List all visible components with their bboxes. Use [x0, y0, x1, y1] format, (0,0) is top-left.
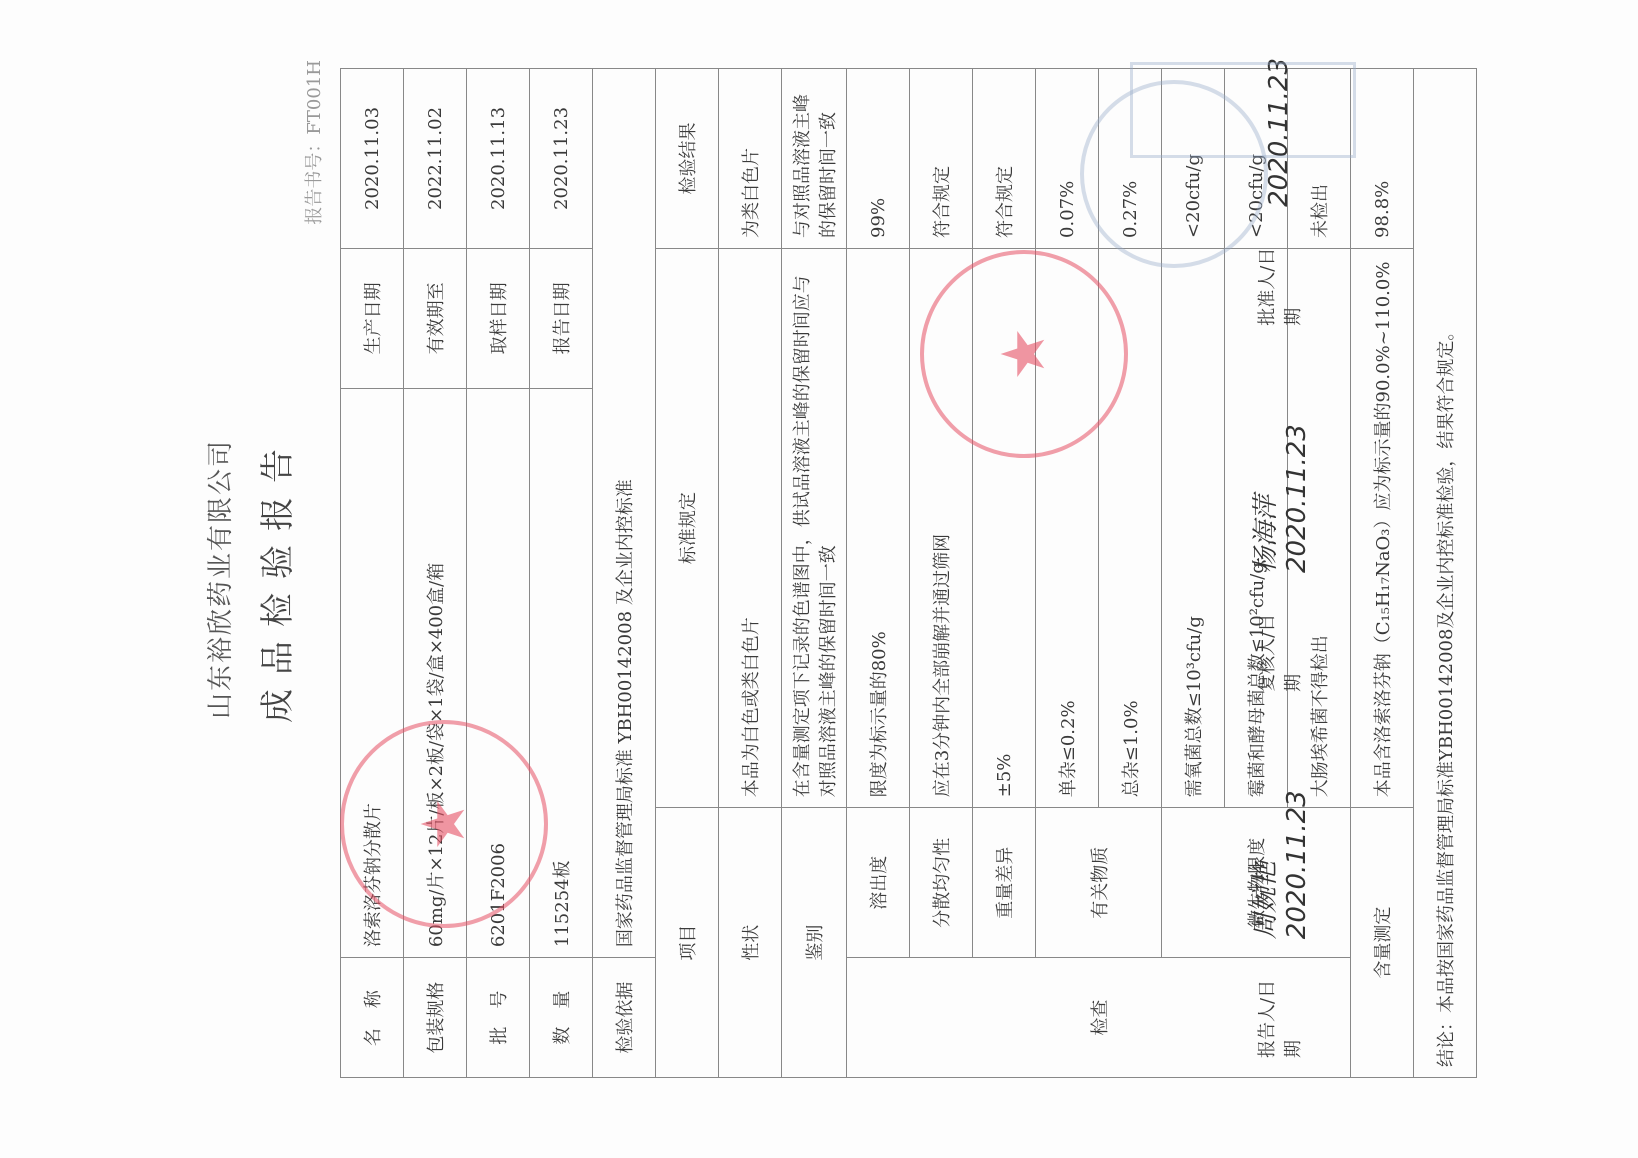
label-qty: 数 量 [530, 958, 593, 1078]
reviewer-signature: 杨海萍 2020.11.23 [1245, 356, 1312, 573]
row-basis: 检验依据 国家药品监督管理局标准 YBH00142008 及企业内控标准 [593, 69, 656, 1078]
table-row: 鉴别 在含量测定项下记录的色谱图中，供试品溶液主峰的保留时间应与对照品溶液主峰的… [782, 69, 847, 1078]
label-sample-date: 取样日期 [467, 248, 530, 388]
table-row: 检查 溶出度 限度为标示量的80% 99% [847, 69, 910, 1078]
row-name: 名 称 洛索洛芬钠分散片 生产日期 2020.11.03 [341, 69, 404, 1078]
table-row: 有关物质 单杂≤0.2% 0.07% [1036, 69, 1099, 1078]
label-name: 名 称 [341, 958, 404, 1078]
label-report-date: 报告日期 [530, 248, 593, 388]
label-pack: 包装规格 [404, 958, 467, 1078]
approver-label: 批准人/日期 [1253, 237, 1305, 326]
company-name: 山东裕欣药业有限公司 [200, 0, 237, 1158]
value-sample-date: 2020.11.13 [467, 69, 530, 249]
header-standard: 标准规定 [656, 248, 719, 807]
table-header-row: 项目 标准规定 检验结果 [656, 69, 719, 1078]
table-row: 分散均匀性 应在3分钟内全部崩解并通过筛网 符合规定 [910, 69, 973, 1078]
conclusion-row: 结论：本品按国家药品监督管理局标准YBH00142008及企业内控标准检验，结果… [1414, 69, 1477, 1078]
table-row: 重量差异 ±5% 符合规定 [973, 69, 1036, 1078]
faint-box-stamp-icon [1130, 62, 1356, 158]
label-batch: 批 号 [467, 958, 530, 1078]
reporter-signature: 周婉艳 2020.11.23 [1245, 722, 1312, 939]
table-row: 性状 本品为白色或类白色片 为类白色片 [719, 69, 782, 1078]
header-item: 项目 [656, 808, 719, 1078]
conclusion: 结论：本品按国家药品监督管理局标准YBH00142008及企业内控标准检验，结果… [1414, 69, 1477, 1078]
label-basis: 检验依据 [593, 958, 656, 1078]
value-expiry: 2022.11.02 [404, 69, 467, 249]
value-qty: 115254板 [530, 388, 593, 957]
reviewer-label: 复核人/日期 [1253, 603, 1305, 692]
value-prod-date: 2020.11.03 [341, 69, 404, 249]
inspection-report-page: 山东裕欣药业有限公司 成品检验报告 报告书号：FT001H 名 称 洛索洛芬钠分… [0, 0, 1638, 1158]
value-basis: 国家药品监督管理局标准 YBH00142008 及企业内控标准 [593, 69, 656, 958]
report-number: 报告书号：FT001H [300, 60, 326, 225]
table-row: 含量测定 本品含洛索洛芬钠（C₁₅H₁₇NaO₃）应为标示量的90.0%~110… [1351, 69, 1414, 1078]
row-qty: 数 量 115254板 报告日期 2020.11.23 [530, 69, 593, 1078]
label-prod-date: 生产日期 [341, 248, 404, 388]
report-title: 成品检验报告 [250, 0, 299, 1158]
row-batch: 批 号 6201F2006 取样日期 2020.11.13 [467, 69, 530, 1078]
header-result: 检验结果 [656, 69, 719, 249]
value-report-date: 2020.11.23 [530, 69, 593, 249]
label-expiry: 有效期至 [404, 248, 467, 388]
reporter-label: 报告人/日期 [1253, 969, 1305, 1058]
quality-seal-stamp-icon: ★ [920, 250, 1128, 458]
company-seal-stamp-icon: ★ [340, 720, 548, 928]
